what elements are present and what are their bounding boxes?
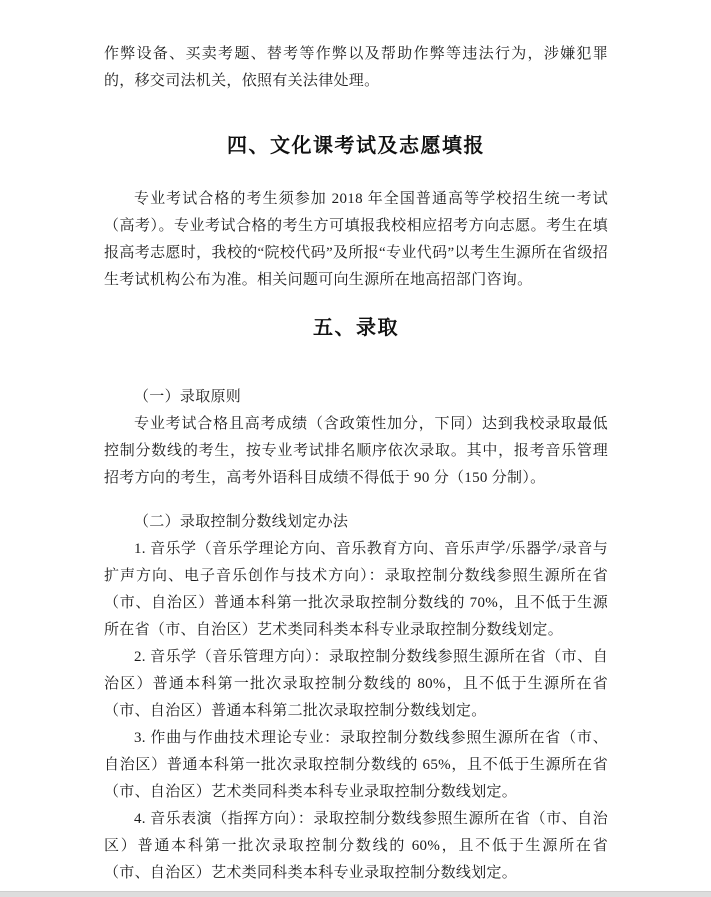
admission-principles-body: 专业考试合格且高考成绩（含政策性加分，下同）达到我校录取最低控制分数线的考生，按…: [104, 411, 608, 492]
cutoff-rule-item-4: 4. 音乐表演（指挥方向）：录取控制分数线参照生源所在省（市、自治区）普通本科第…: [104, 806, 608, 887]
document-body: 作弊设备、买卖考题、替考等作弊以及帮助作弊等违法行为，涉嫌犯罪的，移交司法机关，…: [104, 41, 608, 887]
document-page: 作弊设备、买卖考题、替考等作弊以及帮助作弊等违法行为，涉嫌犯罪的，移交司法机关，…: [0, 0, 711, 897]
cutoff-line-rules-title: （二）录取控制分数线划定办法: [104, 509, 608, 536]
cutoff-rule-item-3: 3. 作曲与作曲技术理论专业：录取控制分数线参照生源所在省（市、自治区）普通本科…: [104, 725, 608, 806]
section-5-heading: 五、录取: [104, 313, 608, 343]
admission-principles-title: （一）录取原则: [104, 384, 608, 411]
cutoff-rule-item-2: 2. 音乐学（音乐管理方向）：录取控制分数线参照生源所在省（市、自治区）普通本科…: [104, 644, 608, 725]
section-4-paragraph: 专业考试合格的考生须参加 2018 年全国普通高等学校招生统一考试（高考）。专业…: [104, 186, 608, 294]
cutoff-rule-item-1: 1. 音乐学（音乐学理论方向、音乐教育方向、音乐声学/乐器学/录音与扩声方向、电…: [104, 536, 608, 644]
paragraph-continuation: 作弊设备、买卖考题、替考等作弊以及帮助作弊等违法行为，涉嫌犯罪的，移交司法机关，…: [104, 41, 608, 95]
page-bottom-separator: [0, 891, 711, 897]
section-4-heading: 四、文化课考试及志愿填报: [104, 131, 608, 161]
